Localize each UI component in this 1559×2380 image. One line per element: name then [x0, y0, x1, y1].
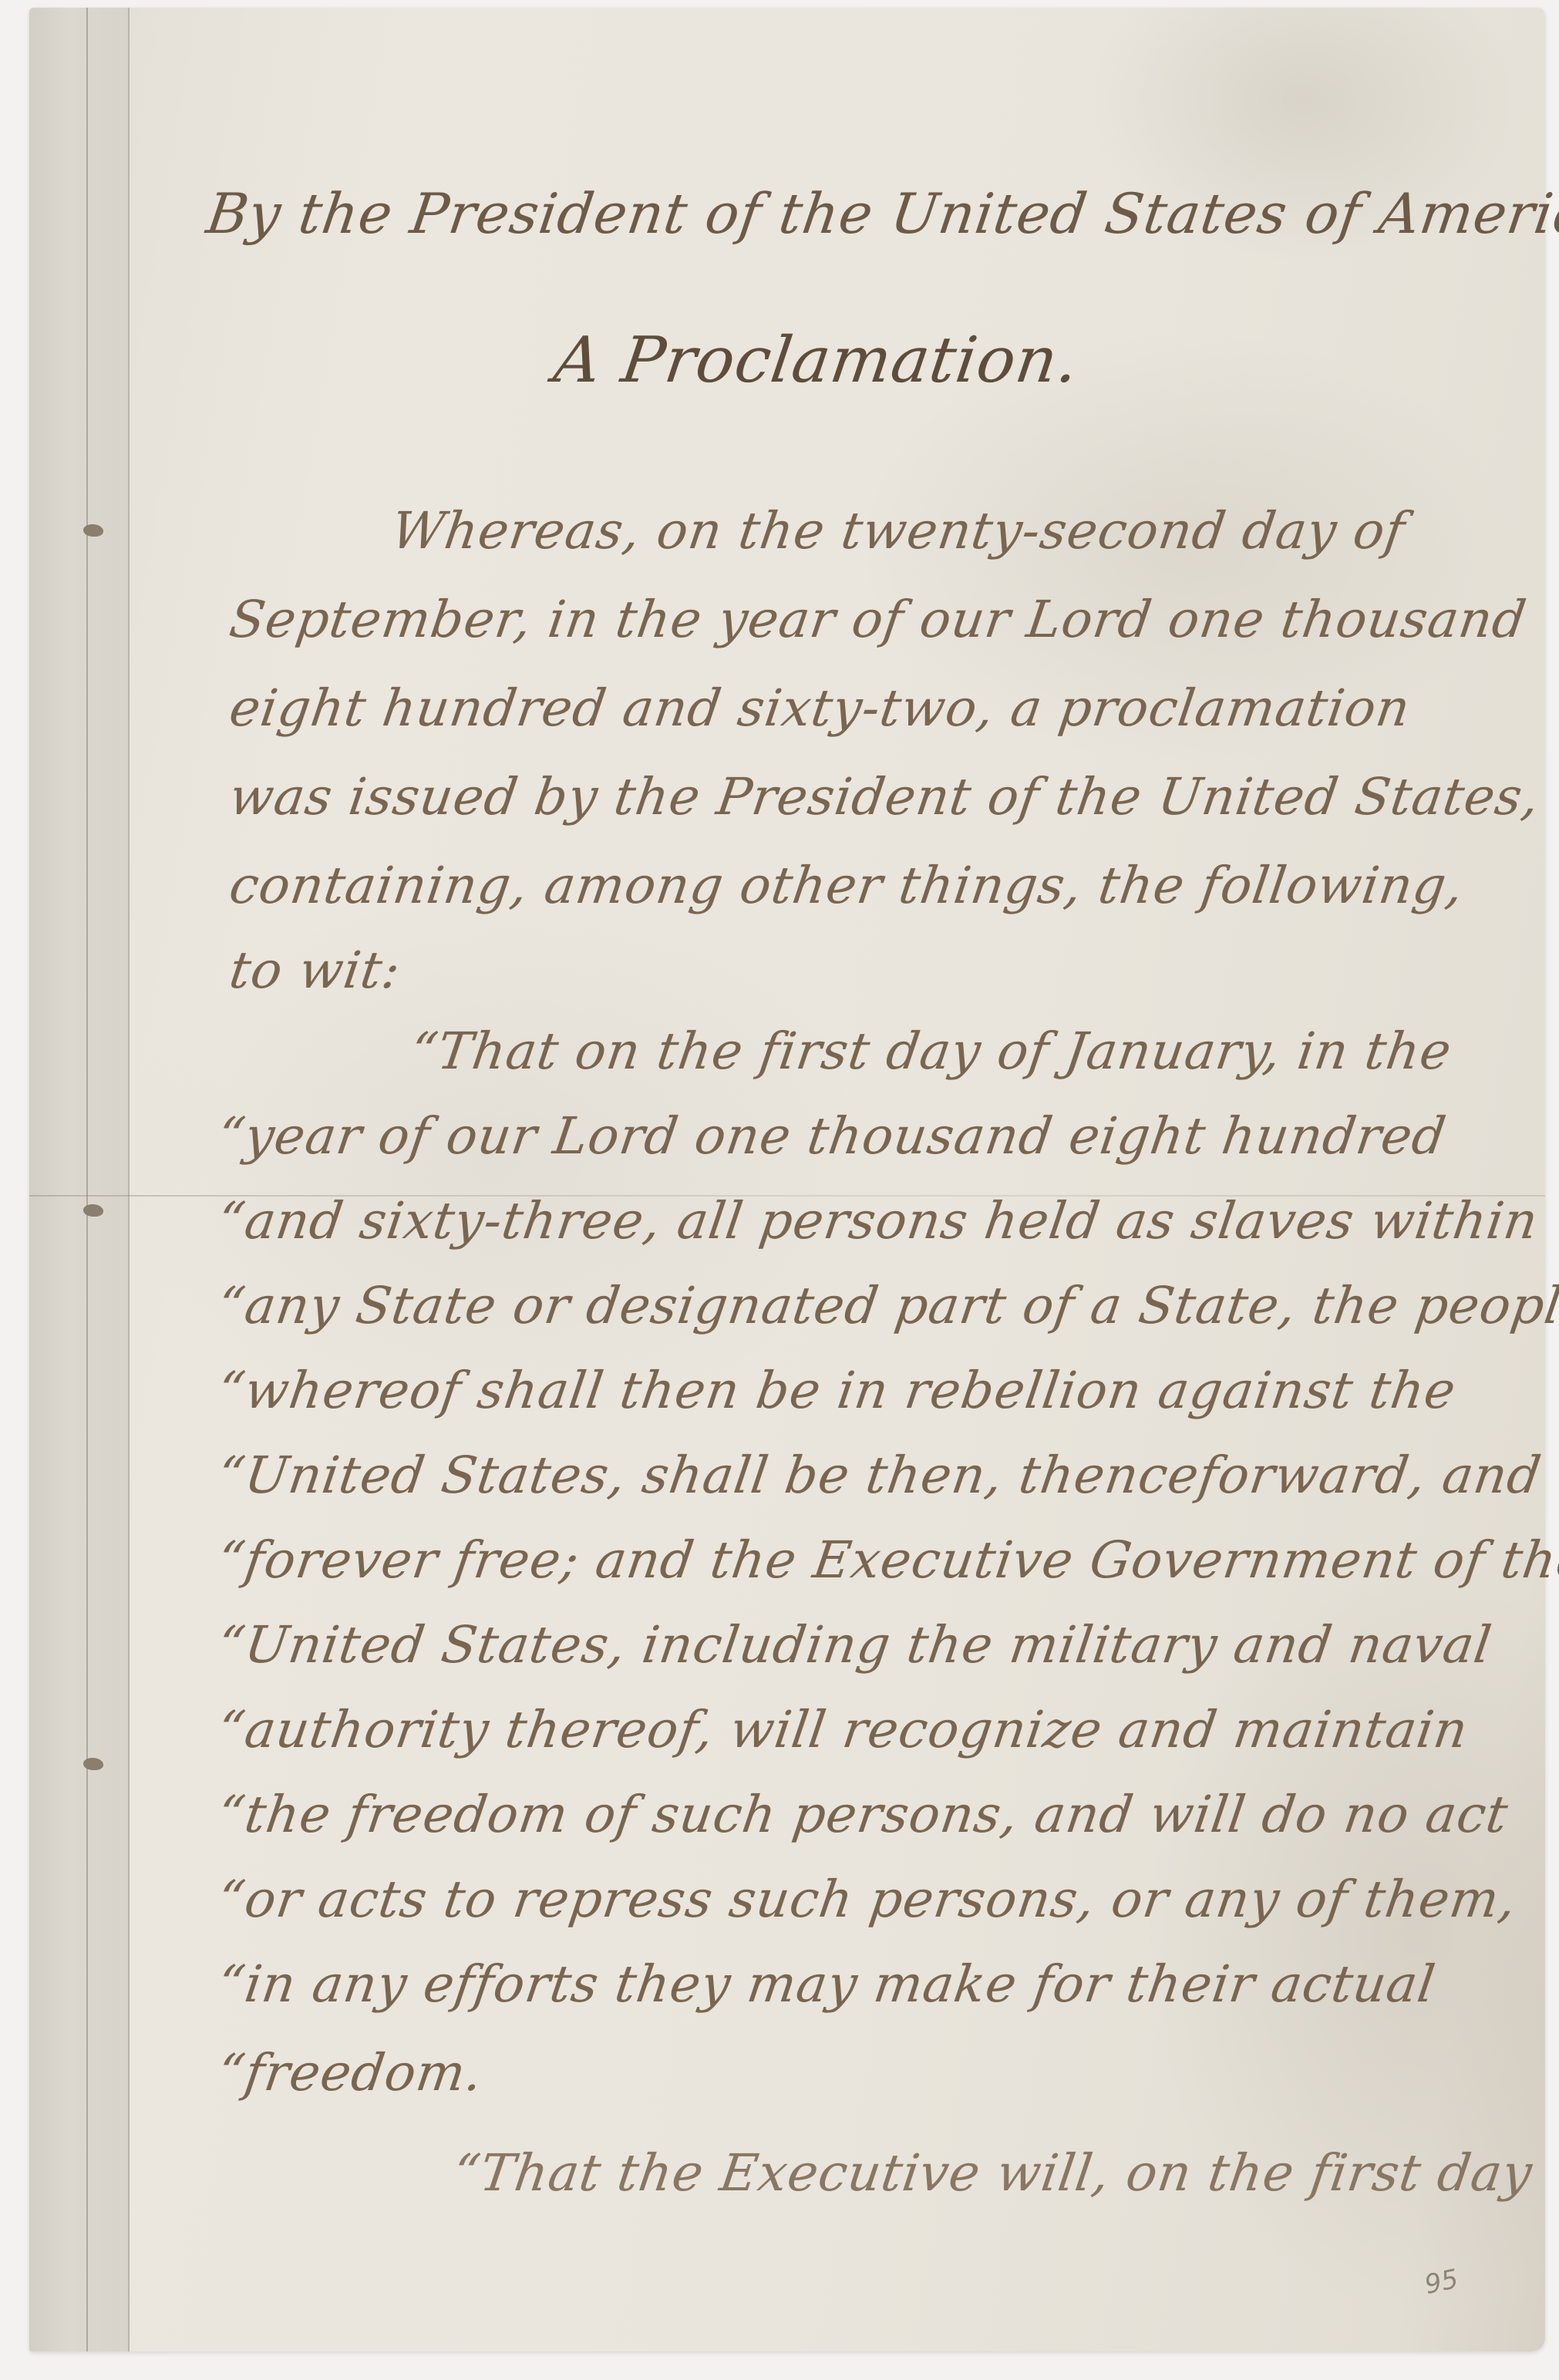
text-line: “forever free; and the Executive Governm…: [214, 1530, 1559, 1590]
text-line: “year of our Lord one thousand eight hun…: [214, 1106, 1450, 1166]
document-heading: By the President of the United States of…: [203, 181, 1559, 246]
text-line: to wit:: [226, 941, 404, 1000]
text-line: “United States, shall be then, thencefor…: [214, 1446, 1545, 1505]
text-line: “freedom.: [214, 2043, 487, 2102]
text-line: “authority thereof, will recognize and m…: [214, 1700, 1472, 1759]
text-line: “and sixty-three, all persons held as sl…: [214, 1191, 1542, 1251]
text-line: was issued by the President of the Unite…: [226, 767, 1544, 826]
text-line: eight hundred and sixty-two, a proclamat…: [226, 678, 1414, 738]
text-line: September, in the year of our Lord one t…: [226, 590, 1530, 649]
text-line: “the freedom of such persons, and will d…: [214, 1785, 1512, 1844]
text-line: containing, among other things, the foll…: [226, 856, 1467, 915]
text-line: “any State or designated part of a State…: [214, 1276, 1559, 1335]
text-line: “whereof shall then be in rebellion agai…: [214, 1361, 1460, 1420]
text-line: “in any efforts they may make for their …: [214, 1954, 1439, 2014]
text-line: “or acts to repress such persons, or any…: [214, 1870, 1520, 1929]
page-number: 95: [1422, 2264, 1461, 2301]
manuscript-page: By the President of the United States of…: [29, 8, 1545, 2351]
text-line: “That on the first day of January, in th…: [407, 1022, 1456, 1081]
text-line: “United States, including the military a…: [214, 1615, 1496, 1675]
text-line: “That the Executive will, on the first d…: [450, 2143, 1536, 2203]
handwritten-text: By the President of the United States of…: [29, 8, 1545, 2351]
document-title: A Proclamation.: [550, 324, 1083, 397]
text-line: Whereas, on the twenty-second day of: [388, 501, 1409, 560]
